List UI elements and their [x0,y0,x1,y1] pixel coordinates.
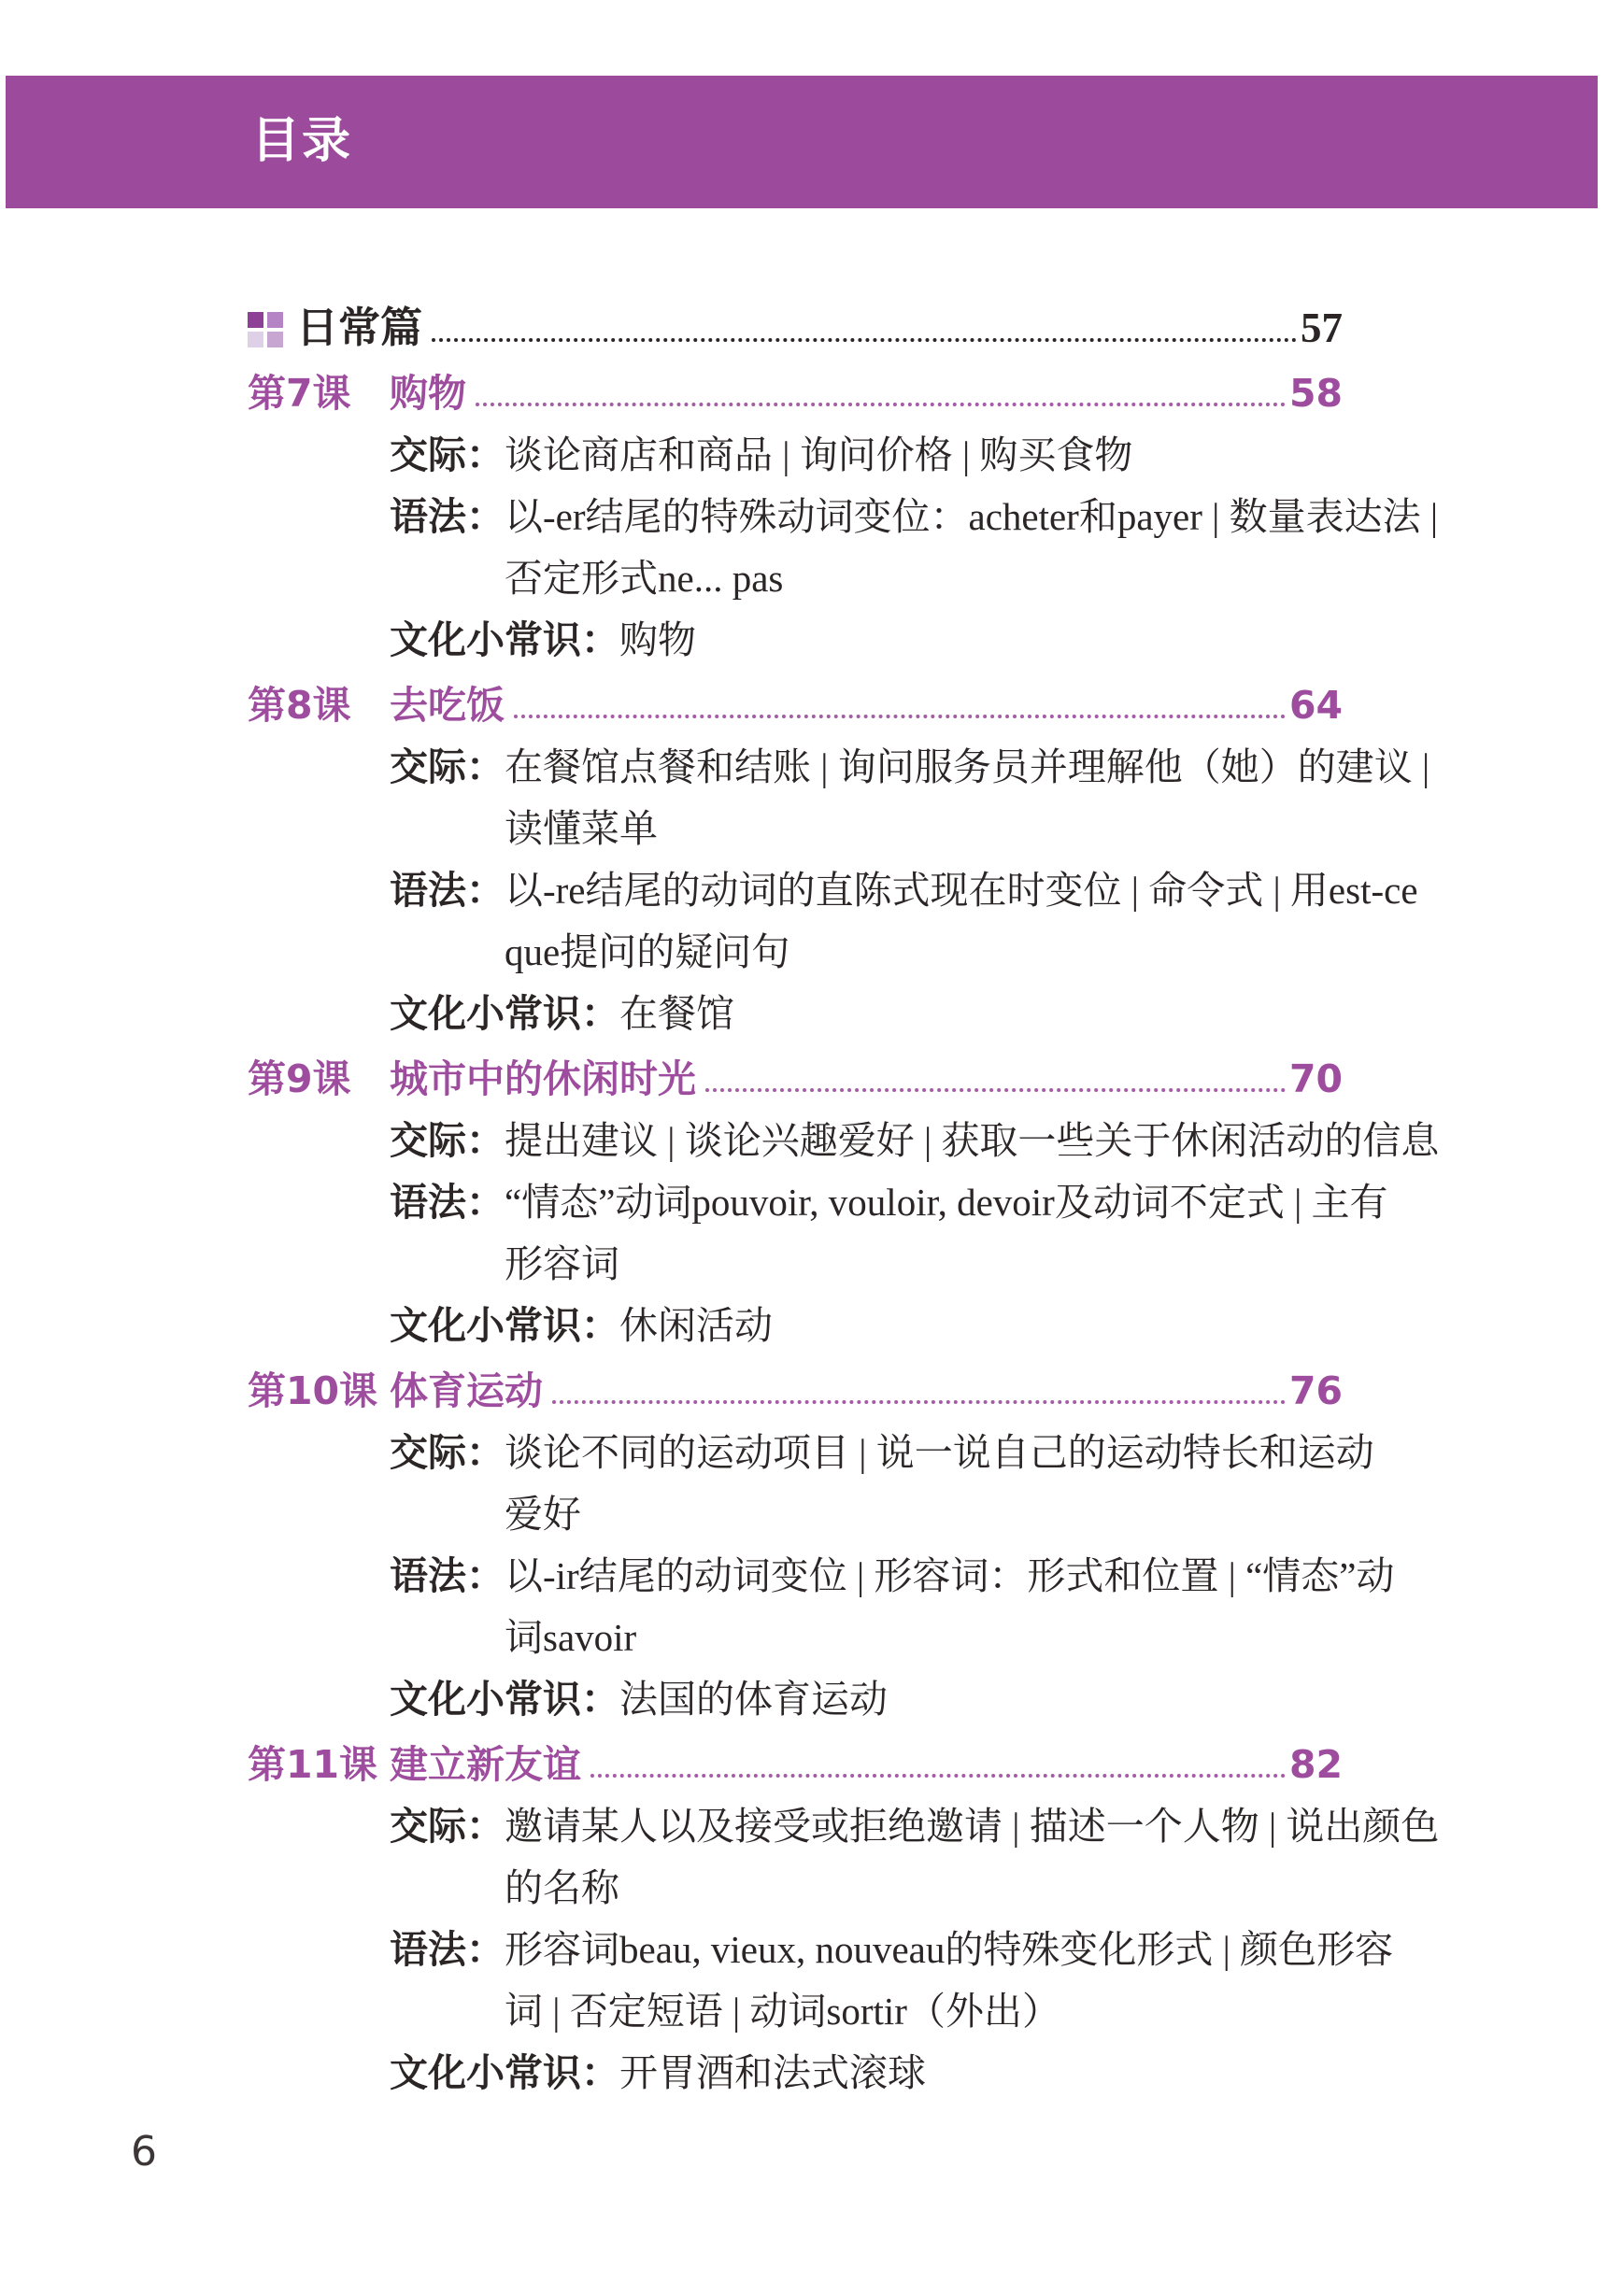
lesson-detail-row: 文化小常识：休闲活动 [248,1295,1343,1356]
detail-label: 文化小常识： [390,1678,619,1721]
lesson-detail-continuation: que提问的疑问句 [248,921,1343,983]
lesson-detail-row: 文化小常识：开胃酒和法式滚球 [248,2042,1343,2104]
lesson-page-number: 58 [1289,362,1343,424]
page-title: 目录 [251,118,352,166]
detail-text: 购物 [619,618,696,661]
detail-text: 词 | 否定短语 | 动词sortir（外出） [505,1990,1060,2033]
detail-label: 语法： [390,495,505,538]
dotted-leader [514,710,1286,718]
lesson-detail-continuation: 形容词 [248,1233,1343,1295]
lesson-detail-continuation: 否定形式ne... pas [248,547,1343,609]
toc-lesson-row-11: 第11课 建立新友谊 82 [248,1734,1343,1795]
dotted-leader [552,1396,1286,1404]
detail-text: 读懂菜单 [505,807,658,850]
detail-label: 语法： [390,1181,505,1224]
detail-text: 开胃酒和法式滚球 [619,2051,926,2094]
toc-lesson-row-8: 第8课 去吃饭 64 [248,674,1343,736]
lesson-detail-row: 语法：以-ir结尾的动词变位 | 形容词：形式和位置 | “情态”动 [248,1545,1343,1607]
toc-lesson-row-7: 第7课 购物 58 [248,362,1343,424]
detail-text: 爱好 [505,1493,581,1536]
toc-section-row: 日常篇 57 [248,297,1343,359]
lesson-number: 第8课 [248,674,390,736]
dotted-leader [705,1084,1286,1092]
dotted-leader [476,398,1286,406]
lesson-detail-row: 语法：“情态”动词pouvoir, vouloir, devoir及动词不定式 … [248,1171,1343,1233]
lesson-detail-row: 交际：在餐馆点餐和结账 | 询问服务员并理解他（她）的建议 | [248,736,1343,798]
detail-text: 的名称 [505,1866,619,1909]
lesson-detail-row: 文化小常识：法国的体育运动 [248,1668,1343,1730]
detail-label: 语法： [390,869,505,912]
detail-text: 在餐馆 [619,992,734,1035]
square-medium [267,312,283,328]
detail-label: 交际： [390,1805,505,1848]
toc-lesson-row-10: 第10课 体育运动 76 [248,1360,1343,1422]
table-of-contents: 日常篇 57 第7课 购物 58 交际：谈论商店和商品 | 询问价格 | 购买食… [248,297,1343,2104]
detail-label: 文化小常识： [390,1304,619,1347]
detail-text: 法国的体育运动 [619,1678,888,1721]
detail-label: 语法： [390,1554,505,1597]
detail-text: 谈论商店和商品 | 询问价格 | 购买食物 [505,433,1132,476]
detail-text: 以-er结尾的特殊动词变位：acheter和payer | 数量表达法 | [505,495,1438,538]
detail-label: 交际： [390,745,505,788]
lesson-detail-row: 语法：形容词beau, vieux, nouveau的特殊变化形式 | 颜色形容 [248,1919,1343,1980]
detail-text: 形容词beau, vieux, nouveau的特殊变化形式 | 颜色形容 [505,1928,1393,1971]
lesson-detail-continuation: 的名称 [248,1857,1343,1919]
detail-label: 文化小常识： [390,618,619,661]
lesson-page-number: 64 [1289,674,1343,736]
lesson-title: 城市中的休闲时光 [390,1048,696,1110]
lesson-detail-row: 交际：邀请某人以及接受或拒绝邀请 | 描述一个人物 | 说出颜色 [248,1795,1343,1857]
detail-label: 交际： [390,1119,505,1162]
lesson-title: 体育运动 [390,1360,543,1422]
lesson-detail-continuation: 爱好 [248,1483,1343,1545]
lesson-detail-continuation: 词savoir [248,1607,1343,1668]
detail-text: 以-re结尾的动词的直陈式现在时变位 | 命令式 | 用est-ce [505,869,1418,912]
section-squares-icon [248,312,283,347]
lesson-number: 第11课 [248,1734,390,1795]
detail-text: que提问的疑问句 [505,930,789,973]
lesson-detail-row: 交际：提出建议 | 谈论兴趣爱好 | 获取一些关于休闲活动的信息 [248,1110,1343,1171]
lesson-detail-row: 交际：谈论不同的运动项目 | 说一说自己的运动特长和运动 [248,1422,1343,1483]
lesson-detail-row: 语法：以-re结尾的动词的直陈式现在时变位 | 命令式 | 用est-ce [248,859,1343,921]
detail-text: 否定形式ne... pas [505,557,783,600]
lesson-page-number: 70 [1289,1048,1343,1110]
detail-text: 谈论不同的运动项目 | 说一说自己的运动特长和运动 [505,1431,1374,1474]
section-title: 日常篇 [296,297,422,359]
lesson-number: 第10课 [248,1360,390,1422]
detail-text: “情态”动词pouvoir, vouloir, devoir及动词不定式 | 主… [505,1181,1388,1224]
lesson-detail-row: 文化小常识：在餐馆 [248,983,1343,1044]
square-dark [248,312,263,328]
toc-lesson-row-9: 第9课 城市中的休闲时光 70 [248,1048,1343,1110]
detail-text: 休闲活动 [619,1304,773,1347]
dotted-leader [432,333,1297,342]
folio-page-number: 6 [131,2132,157,2173]
lesson-detail-row: 交际：谈论商店和商品 | 询问价格 | 购买食物 [248,424,1343,486]
detail-label: 文化小常识： [390,2051,619,2094]
detail-text: 词savoir [505,1616,636,1659]
detail-text: 以-ir结尾的动词变位 | 形容词：形式和位置 | “情态”动 [505,1554,1395,1597]
square-light [267,332,283,347]
lesson-title: 购物 [390,362,466,424]
lesson-number: 第9课 [248,1048,390,1110]
detail-text: 邀请某人以及接受或拒绝邀请 | 描述一个人物 | 说出颜色 [505,1805,1439,1848]
detail-label: 文化小常识： [390,992,619,1035]
detail-text: 提出建议 | 谈论兴趣爱好 | 获取一些关于休闲活动的信息 [505,1119,1439,1162]
lesson-number: 第7课 [248,362,390,424]
detail-label: 交际： [390,433,505,476]
dotted-leader [590,1769,1286,1778]
lesson-detail-row: 语法：以-er结尾的特殊动词变位：acheter和payer | 数量表达法 | [248,486,1343,547]
lesson-page-number: 76 [1289,1360,1343,1422]
square-pale [248,332,263,347]
detail-text: 在餐馆点餐和结账 | 询问服务员并理解他（她）的建议 | [505,745,1429,788]
lesson-title: 去吃饭 [390,674,505,736]
detail-text: 形容词 [505,1242,619,1285]
detail-label: 语法： [390,1928,505,1971]
section-page-number: 57 [1301,297,1343,359]
lesson-page-number: 82 [1289,1734,1343,1795]
lesson-title: 建立新友谊 [390,1734,581,1795]
header-bar: 目录 [6,76,1598,208]
lesson-detail-continuation: 词 | 否定短语 | 动词sortir（外出） [248,1980,1343,2042]
detail-label: 交际： [390,1431,505,1474]
lesson-detail-row: 文化小常识：购物 [248,609,1343,671]
lesson-detail-continuation: 读懂菜单 [248,798,1343,859]
